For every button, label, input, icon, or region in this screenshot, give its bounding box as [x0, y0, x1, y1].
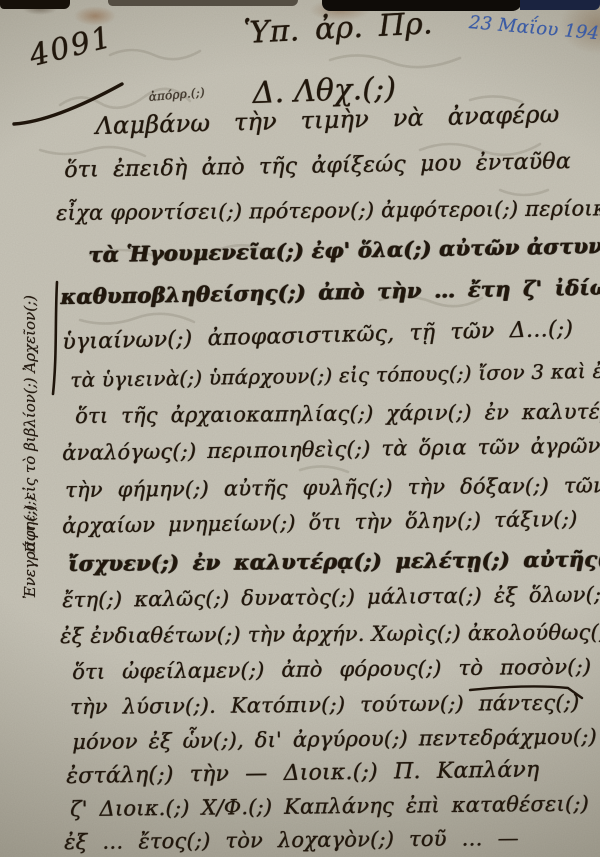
body-line: ἀναλόγως(;) περιποιηθεὶς(;) τὰ ὅρια τῶν … — [62, 433, 600, 465]
torn-top-edge — [0, 0, 70, 9]
body-line: ζ' Διοικ.(;) Χ/Φ.(;) Καπλάνης ἐπὶ καταθέ… — [70, 792, 589, 821]
body-line: ὅτι ἐπειδὴ ἀπὸ τῆς ἀφίξεώς μου ἐνταῦθα — [64, 149, 571, 183]
margin-note-secondary: Π. τ.ε.(;) — [24, 463, 39, 553]
small-annotation: ἀπόρρ.(;) — [148, 85, 205, 104]
body-line: τὰ ὑγιεινὰ(;) ὑπάρχουν(;) εἰς τόπους(;) … — [70, 358, 600, 392]
body-line: τὰ Ἡγουμενεῖα(;) ἐφ' ὅλα(;) αὐτῶν ἀστυνο… — [88, 231, 600, 267]
body-line: ἔτη(;) καλῶς(;) δυνατὸς(;) μάλιστα(;) ἐξ… — [62, 582, 600, 612]
body-line: μόνον ἐξ ὧν(;), δι' ἀργύρου(;) πεντεδράχ… — [72, 725, 597, 754]
registry-number: 4091 — [26, 20, 116, 74]
torn-top-edge — [108, 0, 298, 6]
body-line: ἐστάλη(;) τὴν — Διοικ.(;) Π. Καπλάνη — [66, 757, 539, 789]
torn-top-edge — [520, 0, 600, 10]
body-line: ἐξ ἐνδιαθέτων(;) τὴν ἀρχήν. Χωρὶς(;) ἀκο… — [60, 620, 600, 648]
body-line: ὑγιαίνων(;) ἀποφασιστικῶς, τῇ τῶν Δ…(;) — [62, 317, 573, 355]
body-line: εἶχα φροντίσει(;) πρότερον(;) ἀμφότεροι(… — [56, 196, 600, 225]
body-line: τὴν φήμην(;) αὐτῆς φυλῆς(;) τὴν δόξαν(;)… — [65, 473, 600, 502]
body-line: καθυποβληθείσης(;) ἀπὸ τὴν … ἔτη ζ' ἰδίω… — [60, 274, 600, 309]
date: 23 Μαΐου 1941 — [468, 12, 600, 45]
body-line: ἀρχαίων μνημείων(;) ὅτι τὴν ὅλην(;) τάξι… — [62, 507, 578, 538]
body-line: Λαμβάνω τὴν τιμὴν νὰ ἀναφέρω — [95, 100, 560, 140]
body-line: ἐξ … ἔτος(;) τὸν λοχαγὸν(;) τοῦ … — — [64, 826, 519, 854]
manuscript-page: 4091 Ὑπ. ἀρ. Πρ. 23 Μαΐου 1941 ἀπόρρ.(;)… — [0, 0, 600, 857]
body-line: τὴν λύσιν(;). Κατόπιν(;) τούτων(;) πάντε… — [70, 691, 579, 719]
body-line: ὅτι τῆς ἀρχαιοκαπηλίας(;) χάριν(;) ἐν κα… — [75, 399, 600, 428]
body-line: ἴσχυεν(;) ἐν καλυτέρᾳ(;) μελέτῃ(;) αὐτῆς… — [68, 546, 600, 576]
protocol-abbreviation: Ὑπ. ἀρ. Πρ. — [243, 6, 433, 51]
body-line: ὅτι ὠφείλαμεν(;) ἀπὸ φόρους(;) τὸ ποσὸν(… — [72, 655, 591, 684]
